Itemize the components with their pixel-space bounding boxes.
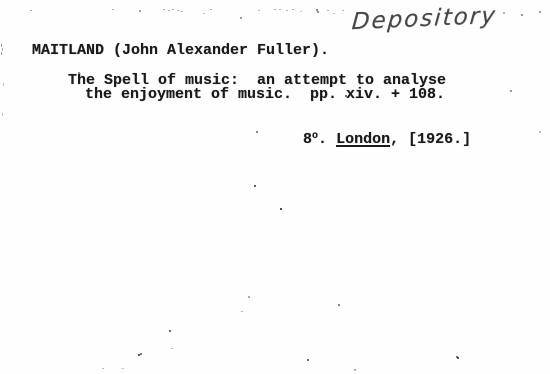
title-line-2: the enjoyment of music. pp. xiv. + 108. (85, 87, 445, 102)
publication-place: London (336, 131, 390, 148)
catalog-card-scan: Depository MAITLAND (John Alexander Full… (0, 0, 550, 374)
imprint-line: 8o. London, [1926.] (267, 117, 471, 162)
author-heading: MAITLAND (John Alexander Fuller). (32, 43, 329, 58)
scan-noise-left-edge (0, 0, 1, 3)
scan-noise-specks-faint (0, 0, 2, 1)
publication-date: , [1926.] (390, 131, 471, 148)
scan-noise-specks (0, 0, 2, 2)
handwritten-depository-annotation: Depository (351, 1, 498, 37)
format-period: . (318, 131, 336, 148)
format-numeral: 8 (303, 131, 312, 148)
